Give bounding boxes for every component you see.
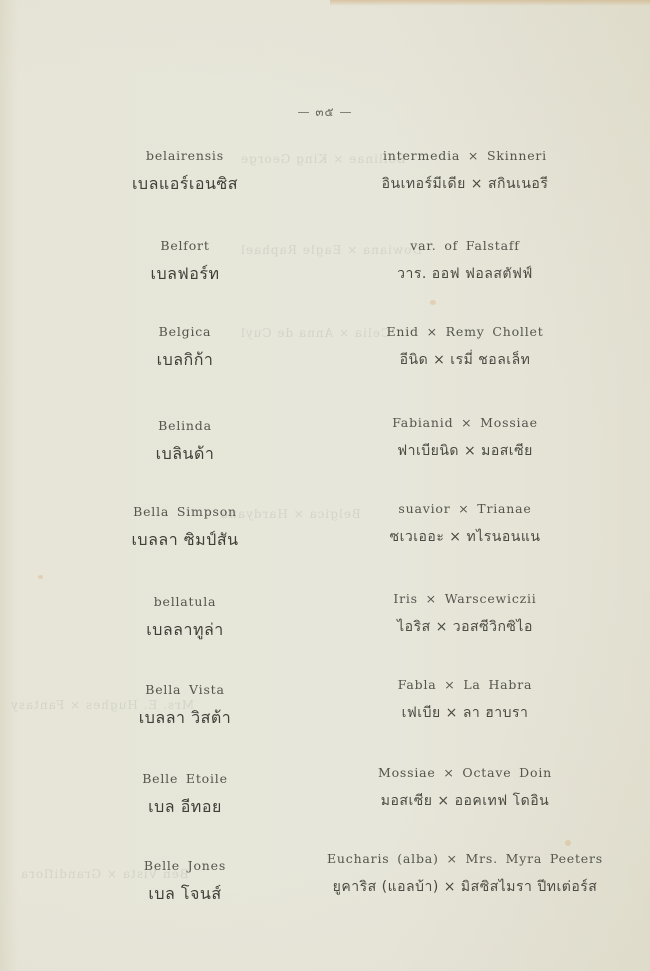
parentage-entry: var. of Falstaff วาร. ออฟ ฟอลสตัฟฟ์ [310,237,620,284]
name-entry: Belle Jones เบล โจนส์ [65,857,305,904]
thai-transliteration: เบลลา วิสต้า [65,708,305,728]
latin-name: Belfort [65,237,305,255]
latin-parentage: Fabla × La Habra [310,676,620,694]
latin-name: Belinda [65,417,305,435]
latin-parentage: var. of Falstaff [310,237,620,255]
thai-transliteration: เบล โจนส์ [65,884,305,904]
thai-transliteration: เบลแอร์เอนซิส [65,174,305,194]
parentage-entry: Mossiae × Octave Doin มอสเซีย × ออคเทฟ โ… [310,764,620,811]
paper-stain [38,575,43,579]
name-entry: belairensis เบลแอร์เอนซิส [65,147,305,194]
parentage-entry: Fabianid × Mossiae ฟาเบียนิด × มอสเซีย [310,414,620,461]
latin-name: Belle Jones [65,857,305,875]
latin-parentage: Enid × Remy Chollet [310,323,620,341]
thai-parentage: ซเวเออะ × ทไรนอนแน [310,527,620,547]
latin-parentage: intermedia × Skinneri [310,147,620,165]
thai-parentage: อินเทอร์มีเดีย × สกินเนอรี [310,174,620,194]
name-entry: Belle Etoile เบล อีทอย [65,770,305,817]
parentage-entry: Iris × Warscewiczii ไอริส × วอสซีวิกซิไอ [310,590,620,637]
latin-parentage: Mossiae × Octave Doin [310,764,620,782]
parentage-entry: Enid × Remy Chollet อีนิด × เรมี่ ชอลเล็… [310,323,620,370]
name-entry: Belinda เบลินด้า [65,417,305,464]
latin-name: Belle Etoile [65,770,305,788]
paper-edge-discoloration [330,0,650,6]
latin-parentage: Iris × Warscewiczii [310,590,620,608]
latin-name: bellatula [65,593,305,611]
name-entry: Belfort เบลฟอร์ท [65,237,305,284]
paper-stain [430,300,436,305]
thai-transliteration: เบล อีทอย [65,797,305,817]
thai-parentage: มอสเซีย × ออคเทฟ โดอิน [310,791,620,811]
latin-parentage: Eucharis (alba) × Mrs. Myra Peeters [310,850,620,868]
thai-parentage: ยูคาริส (แอลบ้า) × มิสซิสไมรา ปีทเต่อร์ส [310,877,620,897]
thai-parentage: อีนิด × เรมี่ ชอลเล็ท [310,350,620,370]
latin-parentage: Fabianid × Mossiae [310,414,620,432]
thai-transliteration: เบลกิก้า [65,350,305,370]
thai-parentage: เฟเบีย × ลา ฮาบรา [310,703,620,723]
thai-transliteration: เบลลาทูล่า [65,620,305,640]
latin-name: Bella Simpson [65,503,305,521]
thai-parentage: ฟาเบียนิด × มอสเซีย [310,441,620,461]
page-number: — ๓๕ — [0,103,650,122]
latin-parentage: suavior × Trianae [310,500,620,518]
latin-name: Belgica [65,323,305,341]
parentage-entry: Fabla × La Habra เฟเบีย × ลา ฮาบรา [310,676,620,723]
name-entry: bellatula เบลลาทูล่า [65,593,305,640]
latin-name: belairensis [65,147,305,165]
thai-transliteration: เบลลา ซิมป์สัน [65,530,305,550]
thai-transliteration: เบลินด้า [65,444,305,464]
thai-transliteration: เบลฟอร์ท [65,264,305,284]
name-entry: Belgica เบลกิก้า [65,323,305,370]
thai-parentage: วาร. ออฟ ฟอลสตัฟฟ์ [310,264,620,284]
thai-parentage: ไอริส × วอสซีวิกซิไอ [310,617,620,637]
scanned-page: Bollinae × King George Dowiana × Eagle R… [0,0,650,971]
paper-stain [565,840,571,846]
parentage-entry: intermedia × Skinneri อินเทอร์มีเดีย × ส… [310,147,620,194]
name-entry: Bella Simpson เบลลา ซิมป์สัน [65,503,305,550]
parentage-entry: suavior × Trianae ซเวเออะ × ทไรนอนแน [310,500,620,547]
parentage-entry: Eucharis (alba) × Mrs. Myra Peeters ยูคา… [310,850,620,897]
latin-name: Bella Vista [65,681,305,699]
name-entry: Bella Vista เบลลา วิสต้า [65,681,305,728]
